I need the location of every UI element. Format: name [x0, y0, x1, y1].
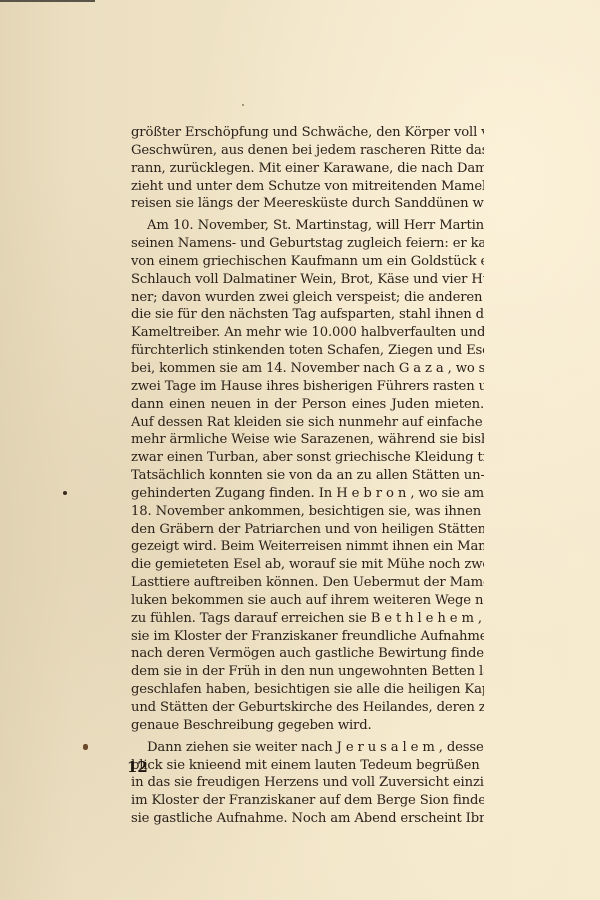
page-body: größter Erschöpfung und Schwäche, den Kö… [131, 124, 484, 828]
text-line: Am 10. November, St. Martinstag, will He… [131, 217, 484, 235]
text-line: Auf dessen Rat kleiden sie sich nunmehr … [131, 414, 484, 432]
text-line: geschlafen haben, besichtigen sie alle d… [131, 681, 484, 699]
text-line: bei, kommen sie am 14. November nach G a… [131, 360, 484, 378]
page-number: 12 [127, 758, 148, 776]
text-line: nach deren Vermögen auch gastliche Bewir… [131, 645, 484, 663]
text-line: ner; davon wurden zwei gleich verspeist;… [131, 289, 484, 307]
text-line: in das sie freudigen Herzens und voll Zu… [131, 774, 484, 792]
text-line: größter Erschöpfung und Schwäche, den Kö… [131, 124, 484, 142]
text-line: Schlauch voll Dalmatiner Wein, Brot, Käs… [131, 271, 484, 289]
text-line: sie im Kloster der Franziskaner freundli… [131, 628, 484, 646]
paper-speck [242, 104, 244, 106]
text-line: den Gräbern der Patriarchen und von heil… [131, 521, 484, 539]
text-line: und Stätten der Geburtskirche des Heilan… [131, 699, 484, 717]
text-line: luken bekommen sie auch auf ihrem weiter… [131, 592, 484, 610]
text-line: Dann ziehen sie weiter nach J e r u s a … [131, 739, 484, 757]
text-line: im Kloster der Franziskaner auf dem Berg… [131, 792, 484, 810]
paragraph-2: Am 10. November, St. Martinstag, will He… [131, 217, 484, 734]
paragraph-1: größter Erschöpfung und Schwäche, den Kö… [131, 124, 484, 213]
text-line: rann, zurücklegen. Mit einer Karawane, d… [131, 160, 484, 178]
text-line: mehr ärmliche Weise wie Sarazenen, währe… [131, 431, 484, 449]
text-line: zu fühlen. Tags darauf erreichen sie B e… [131, 610, 484, 628]
text-line: Geschwüren, aus denen bei jedem raschere… [131, 142, 484, 160]
text-line: fürchterlich stinkenden toten Schafen, Z… [131, 342, 484, 360]
paper-speck [83, 744, 88, 750]
text-line: dem sie in der Früh in den nun ungewohnt… [131, 663, 484, 681]
scan-top-edge [0, 0, 95, 2]
text-line: Tatsächlich konnten sie von da an zu all… [131, 467, 484, 485]
text-line: gezeigt wird. Beim Weiterreisen nimmt ih… [131, 538, 484, 556]
text-line: von einem griechischen Kaufmann um ein G… [131, 253, 484, 271]
text-line: Kameltreiber. An mehr wie 10.000 halbver… [131, 324, 484, 342]
text-line: blick sie knieend mit einem lauten Tedeu… [131, 757, 484, 775]
text-line: dann einen neuen in der Person eines Jud… [131, 396, 484, 414]
text-line: seinen Namens- und Geburtstag zugleich f… [131, 235, 484, 253]
text-line: gehinderten Zugang finden. In H e b r o … [131, 485, 484, 503]
text-line: zwei Tage im Hause ihres bisherigen Führ… [131, 378, 484, 396]
text-line: die gemieteten Esel ab, worauf sie mit M… [131, 556, 484, 574]
text-line: die sie für den nächsten Tag aufsparten,… [131, 306, 484, 324]
text-line: genaue Beschreibung gegeben wird. [131, 717, 484, 735]
paragraph-3: Dann ziehen sie weiter nach J e r u s a … [131, 739, 484, 828]
text-line: zieht und unter dem Schutze von mitreite… [131, 178, 484, 196]
text-line: 18. November ankommen, besichtigen sie, … [131, 503, 484, 521]
text-line: sie gastliche Aufnahme. Noch am Abend er… [131, 810, 484, 828]
text-line: reisen sie längs der Meeresküste durch S… [131, 195, 484, 213]
paper-speck [63, 491, 67, 495]
text-line: Lasttiere auftreiben können. Den Uebermu… [131, 574, 484, 592]
text-line: zwar einen Turban, aber sonst griechisch… [131, 449, 484, 467]
